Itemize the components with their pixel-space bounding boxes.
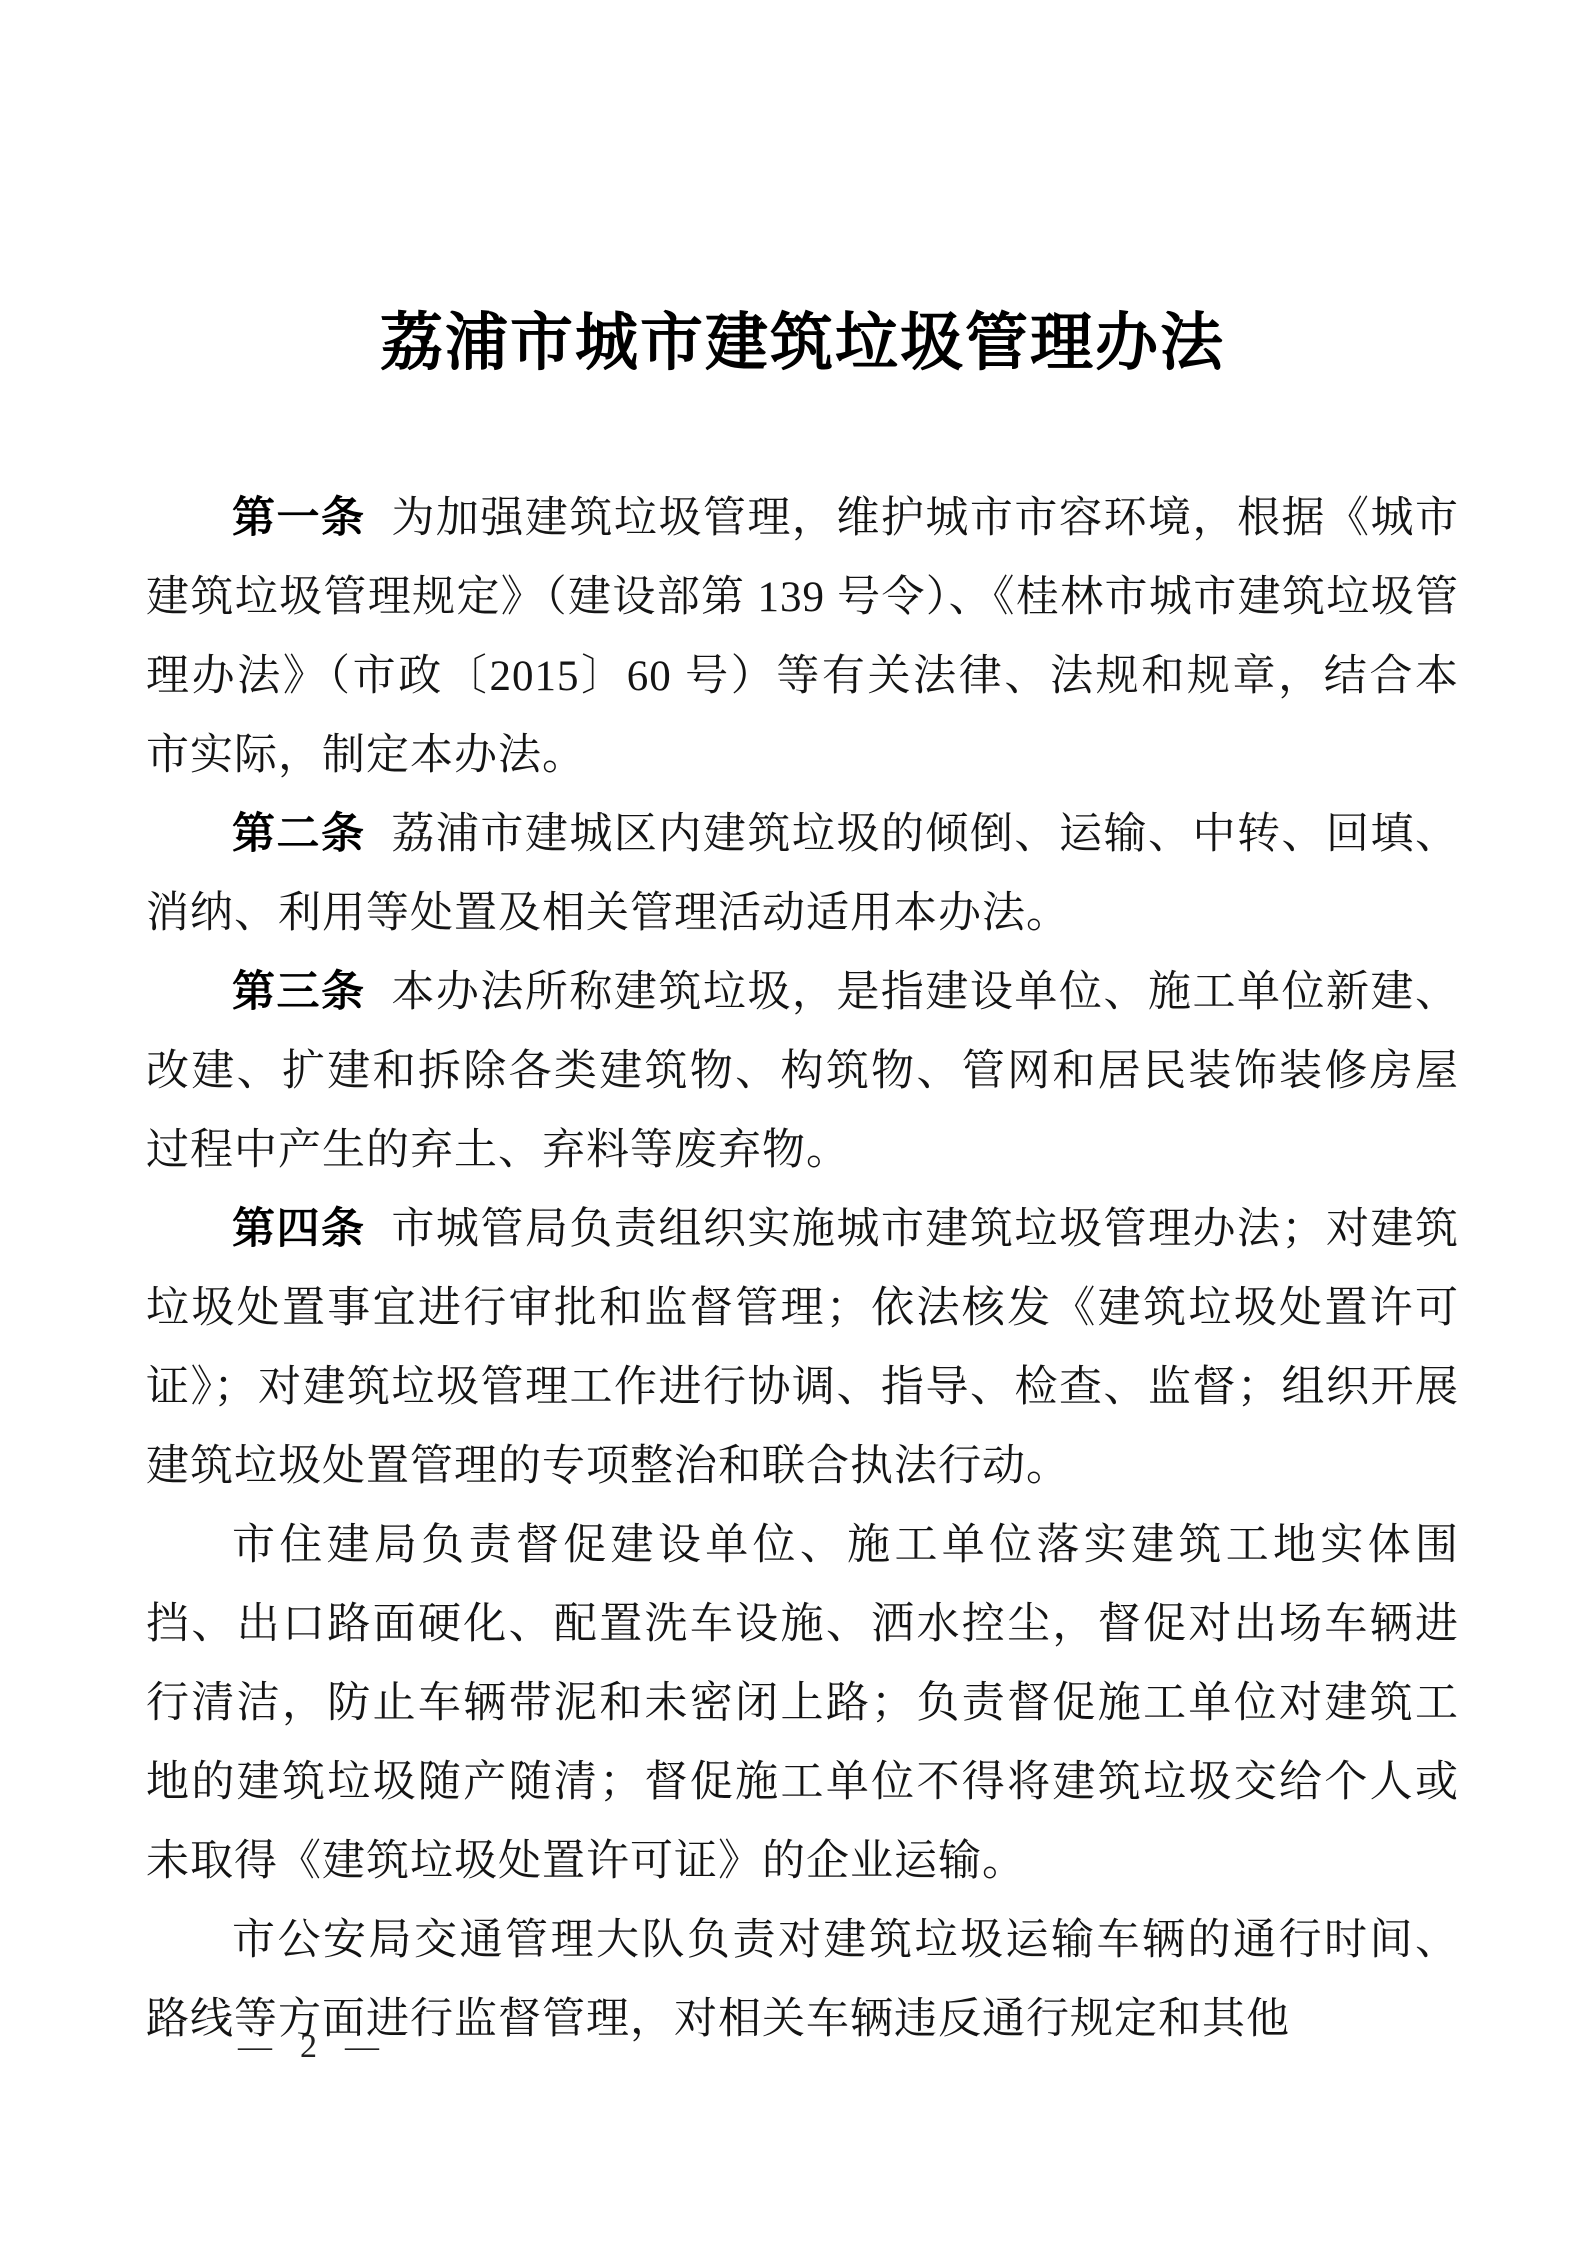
paragraph-article-2: 第二条荔浦市建城区内建筑垃圾的倾倒、运输、中转、回填、消纳、利用等处置及相关管理… bbox=[146, 795, 1459, 953]
paragraph-article-4: 第四条市城管局负责组织实施城市建筑垃圾管理办法；对建筑垃圾处置事宜进行审批和监督… bbox=[146, 1190, 1459, 1506]
paragraph-housing-bureau-text: 市住建局负责督促建设单位、施工单位落实建筑工地实体围挡、出口路面硬化、配置洗车设… bbox=[146, 1522, 1459, 1885]
paragraph-article-1: 第一条为加强建筑垃圾管理，维护城市市容环境，根据《城市建筑垃圾管理规定》（建设部… bbox=[146, 479, 1459, 795]
paragraph-article-3: 第三条本办法所称建筑垃圾，是指建设单位、施工单位新建、改建、扩建和拆除各类建筑物… bbox=[146, 953, 1459, 1190]
paragraph-housing-bureau: 市住建局负责督促建设单位、施工单位落实建筑工地实体围挡、出口路面硬化、配置洗车设… bbox=[146, 1506, 1459, 1901]
document-body: 第一条为加强建筑垃圾管理，维护城市市容环境，根据《城市建筑垃圾管理规定》（建设部… bbox=[146, 479, 1459, 2059]
paragraph-traffic-police-text: 市公安局交通管理大队负责对建筑垃圾运输车辆的通行时间、路线等方面进行监督管理，对… bbox=[146, 1917, 1459, 2043]
article-3-label: 第三条 bbox=[232, 969, 366, 1016]
page-number: 2 bbox=[300, 2028, 317, 2066]
article-1-label: 第一条 bbox=[232, 495, 366, 542]
article-4-label: 第四条 bbox=[232, 1206, 366, 1253]
page-footer: — 2 — bbox=[238, 2028, 379, 2066]
footer-right-dash: — bbox=[345, 2028, 379, 2066]
footer-left-dash: — bbox=[238, 2028, 272, 2066]
document-title: 荔浦市城市建筑垃圾管理办法 bbox=[146, 292, 1459, 383]
document-page: 荔浦市城市建筑垃圾管理办法 第一条为加强建筑垃圾管理，维护城市市容环境，根据《城… bbox=[0, 0, 1587, 2245]
article-2-label: 第二条 bbox=[232, 811, 366, 858]
